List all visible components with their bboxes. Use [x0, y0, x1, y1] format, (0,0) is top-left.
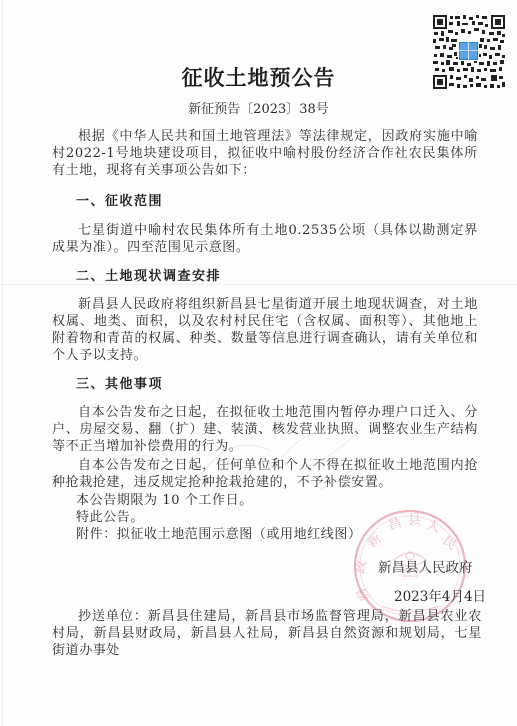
section-scope-paragraph: 七星街道中喻村农民集体所有土地0.2535公顷（具体以勘测定界成果为准）。四至范…	[52, 222, 478, 256]
section-heading-survey: 二、土地现状调查安排	[76, 265, 221, 284]
svg-text:昌: 昌	[386, 515, 403, 534]
document-number: 新征预告〔2023〕38号	[0, 98, 517, 117]
svg-text:县: 县	[408, 513, 421, 528]
svg-text:府: 府	[354, 585, 373, 604]
svg-text:人: 人	[425, 518, 442, 536]
section-heading-other: 三、其他事项	[76, 373, 163, 392]
issuer-name: 新昌县人民政府	[378, 556, 473, 576]
cc-recipients: 抄送单位：新昌县住建局，新昌县市场监督管理局，新昌县农业农村局，新昌县财政局，新…	[52, 608, 482, 659]
svg-text:政: 政	[353, 559, 370, 574]
scan-fold-line	[0, 284, 517, 285]
attachment-line[interactable]: 附件：拟征收土地范围示意图（或用地红线图）	[76, 526, 362, 543]
section-heading-scope: 一、征收范围	[76, 190, 163, 209]
page-title: 征收土地预公告	[0, 62, 517, 92]
document-page: 征收土地预公告 新征预告〔2023〕38号 根据《中华人民共和国土地管理法》等法…	[0, 0, 517, 726]
period-line: 本公告期限为 10 个工作日。	[76, 492, 253, 509]
closing-line: 特此公告。	[76, 509, 144, 526]
svg-text:新: 新	[365, 531, 385, 551]
section-survey-paragraph: 新昌县人民政府将组织新昌县七星街道开展土地现状调查，对土地权属、地类、面积，以及…	[52, 296, 478, 364]
intro-paragraph: 根据《中华人民共和国土地管理法》等法律规定，因政府实施中喻村2022-1号地块建…	[52, 128, 478, 179]
issue-date: 2023年4月4日	[394, 585, 486, 605]
